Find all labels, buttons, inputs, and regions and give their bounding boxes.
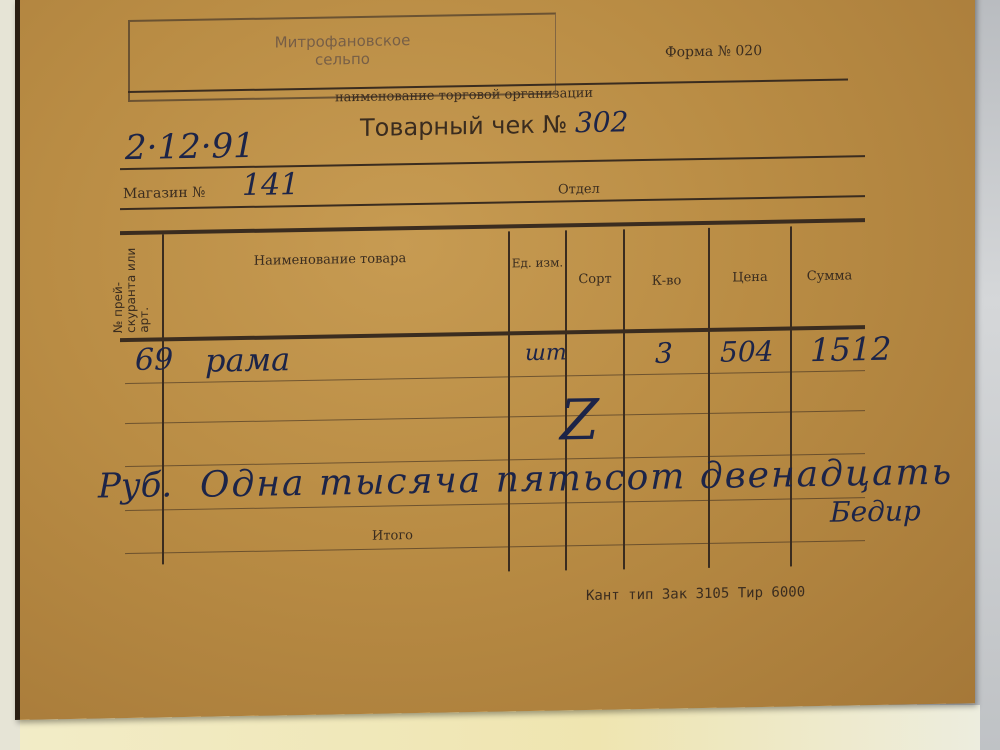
blank-strike-mark: Z xyxy=(560,388,599,454)
col-divider-article xyxy=(162,234,164,564)
department-label: Отдел xyxy=(558,182,600,198)
row-unit: шт xyxy=(525,340,567,366)
header-price: Цена xyxy=(710,269,790,285)
total-label: Итого xyxy=(372,528,413,544)
header-unit: Ед. изм. xyxy=(510,255,565,270)
row-price: 504 xyxy=(720,335,773,369)
row-line-2 xyxy=(125,410,865,424)
receipt-number: 302 xyxy=(575,105,628,139)
header-name: Наименование товара xyxy=(220,251,440,270)
store-number: 141 xyxy=(242,167,299,203)
table-top-border xyxy=(120,218,865,235)
header-grade: Сорт xyxy=(567,271,623,287)
row-sum: 1512 xyxy=(810,330,891,369)
header-qty: К-во xyxy=(625,273,708,289)
col-divider-unit xyxy=(508,231,510,571)
form-number: Форма № 020 xyxy=(665,43,762,61)
signature: Бедир xyxy=(830,494,921,529)
receipt-document: Митрофановское сельпо Форма № 020 наимен… xyxy=(15,0,975,720)
receipt-date: 2·12·91 xyxy=(125,126,255,168)
row-article: 69 xyxy=(135,342,173,378)
printer-info: Кант тип Зак 3105 Тир 6000 xyxy=(586,584,805,604)
receipt-title: Товарный чек № 302 xyxy=(360,105,628,143)
total-line xyxy=(125,540,865,554)
org-name-label: наименование торговой организации xyxy=(335,86,593,106)
header-article: № прей-скуранта или арт. xyxy=(112,242,162,333)
row-qty: 3 xyxy=(655,337,673,370)
receipt-title-text: Товарный чек № xyxy=(360,110,567,142)
row-name: рама xyxy=(205,340,290,379)
header-sum: Сумма xyxy=(792,268,867,284)
amount-currency-prefix: Руб. xyxy=(98,465,172,506)
store-line xyxy=(120,195,865,210)
store-label: Магазин № xyxy=(123,185,205,202)
